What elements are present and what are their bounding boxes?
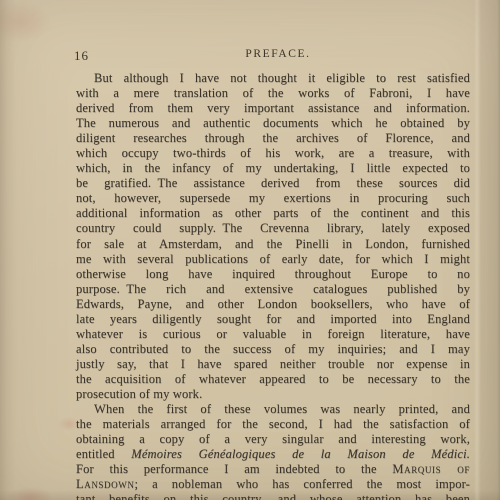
book-page-scan: 16 PREFACE. But although I have not thou… [0, 0, 500, 500]
text-line: country could supply. The Crevenna libra… [76, 221, 470, 236]
text-segment: justly say, that I have spared neither t… [76, 357, 470, 371]
text-line: purpose. The rich and extensive catalogu… [76, 282, 470, 297]
text-segment: additional information as other parts of… [76, 206, 470, 220]
running-title: PREFACE. [76, 48, 470, 60]
text-line: for sale at Amsterdam, and the Pinelli i… [76, 237, 470, 252]
text-segment: When the first of these volumes was near… [94, 402, 470, 416]
text-segment: the materials arranged for the second, I… [76, 417, 470, 431]
text-line: which, in the infancy of my undertaking,… [76, 161, 470, 176]
text-segment: ; a nobleman who has conferred the most … [134, 477, 470, 491]
text-segment: diligent researches through the archives… [76, 131, 470, 145]
text-segment: me with several publications of early da… [76, 252, 470, 266]
text-segment: for sale at Amsterdam, and the Pinelli i… [76, 237, 470, 251]
text-segment: Edwards, Payne, and other London booksel… [76, 297, 470, 311]
text-segment: also contributed to the success of my in… [76, 342, 470, 356]
text-segment: For this performance I am indebted to th… [76, 462, 392, 476]
text-line: Lansdown; a nobleman who has conferred t… [76, 477, 470, 492]
page-text: But although I have not thought it eligi… [76, 71, 470, 500]
text-segment: obtaining a copy of a very singular and … [76, 432, 470, 446]
text-segment: But although I have not thought it eligi… [94, 71, 470, 85]
text-line: not, however, supersede my exertions in … [76, 191, 470, 206]
text-segment: entitled [76, 447, 131, 461]
text-segment: country could supply. The Crevenna libra… [76, 221, 470, 235]
text-line: also contributed to the success of my in… [76, 342, 470, 357]
text-segment: otherwise long have inquired throughout … [76, 267, 470, 281]
text-line: The numerous and authentic documents whi… [76, 116, 470, 131]
text-segment: with a mere translation of the works of … [76, 86, 470, 100]
text-segment: the acquisition of whatever appeared to … [76, 372, 470, 386]
text-line: justly say, that I have spared neither t… [76, 357, 470, 372]
text-line: with a mere translation of the works of … [76, 86, 470, 101]
text-line: additional information as other parts of… [76, 206, 470, 221]
text-line: be gratified. The assistance derived fro… [76, 176, 470, 191]
text-segment: late years diligently sought for and imp… [76, 312, 470, 326]
text-line: tant benefits on this country, and whose… [76, 492, 470, 500]
text-segment: purpose. The rich and extensive catalogu… [76, 282, 470, 296]
text-line: obtaining a copy of a very singular and … [76, 432, 470, 447]
text-line: me with several publications of early da… [76, 252, 470, 267]
text-line: Edwards, Payne, and other London booksel… [76, 297, 470, 312]
text-line: whatever is curious or valuable in forei… [76, 327, 470, 342]
page-header: 16 PREFACE. [76, 48, 470, 64]
text-line: prosecution of my work. [76, 387, 470, 402]
page-number: 16 [74, 48, 89, 64]
text-segment: not, however, supersede my exertions in … [76, 191, 470, 205]
text-segment-smallcaps: Lansdown [76, 477, 134, 491]
text-line: For this performance I am indebted to th… [76, 462, 470, 477]
text-segment: be gratified. The assistance derived fro… [76, 176, 470, 190]
text-segment: whatever is curious or valuable in forei… [76, 327, 470, 341]
text-line: entitled Mémoires Généalogiques de la Ma… [76, 447, 470, 462]
text-segment-italic: Mémoires Généalogiques de la Maison de M… [131, 447, 470, 461]
text-segment-smallcaps: Marquis of [392, 462, 470, 476]
text-line: which occupy two-thirds of his work, are… [76, 146, 470, 161]
text-line: the materials arranged for the second, I… [76, 417, 470, 432]
text-line: diligent researches through the archives… [76, 131, 470, 146]
text-segment: which occupy two-thirds of his work, are… [76, 146, 470, 160]
text-segment: tant benefits on this country, and whose… [76, 492, 470, 500]
text-segment: prosecution of my work. [76, 387, 202, 401]
text-segment: which, in the infancy of my undertaking,… [76, 161, 470, 175]
text-line: When the first of these volumes was near… [76, 402, 470, 417]
text-line: the acquisition of whatever appeared to … [76, 372, 470, 387]
text-line: derived from them very important assista… [76, 101, 470, 116]
text-line: late years diligently sought for and imp… [76, 312, 470, 327]
text-segment: derived from them very important assista… [76, 101, 470, 115]
text-line: otherwise long have inquired throughout … [76, 267, 470, 282]
text-line: But although I have not thought it eligi… [76, 71, 470, 86]
text-segment: The numerous and authentic documents whi… [76, 116, 470, 130]
